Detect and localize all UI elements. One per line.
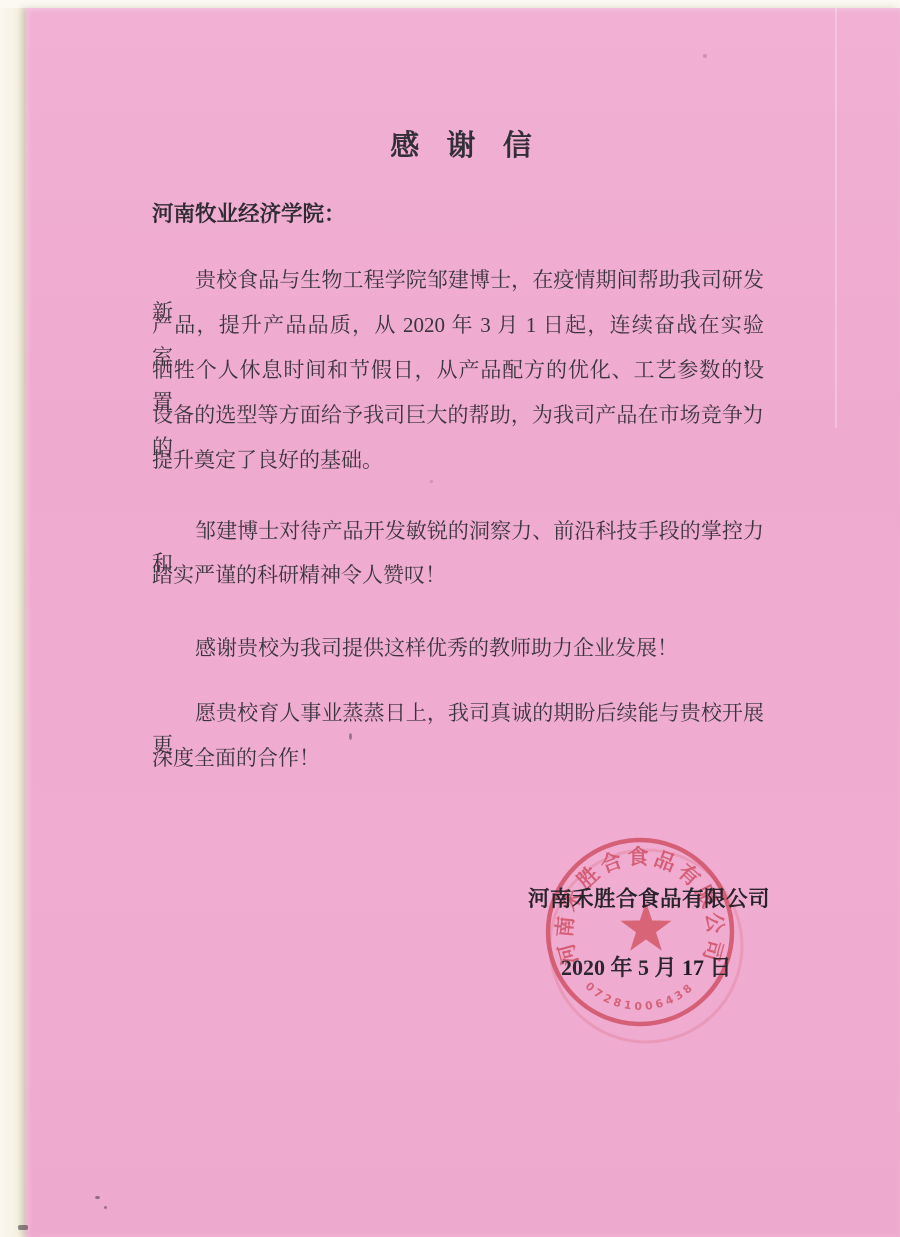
body-line: 牺牲个人休息时间和节假日，从产品配方的优化、工艺参数的设置、 (152, 354, 764, 386)
letter-addressee: 河南牧业经济学院： (152, 197, 346, 228)
body-line: 感谢贵校为我司提供这样优秀的教师助力企业发展！ (152, 632, 764, 664)
scan-top-margin (0, 0, 900, 8)
scan-left-margin (0, 0, 26, 1237)
letter-scan: 河南禾胜合食品有限公司 07281006438 感 谢 信 河南牧业经济学院： … (0, 0, 900, 1237)
date-suffix: 日 (704, 955, 732, 980)
body-line: 踏实严谨的科研精神令人赞叹！ (152, 559, 764, 591)
dust-speck (349, 733, 352, 740)
body-line: 贵校食品与生物工程学院邹建博士，在疫情期间帮助我司研发新 (152, 264, 764, 296)
body-line: 产品，提升产品品质，从 2020 年 3 月 1 日起，连续奋战在实验室， (152, 309, 764, 341)
dust-speck (703, 54, 707, 58)
dust-speck (95, 1196, 100, 1199)
date-day: 17 (682, 955, 704, 980)
letter-title: 感 谢 信 (24, 123, 900, 164)
body-line: 愿贵校育人事业蒸蒸日上，我司真诚的期盼后续能与贵校开展更 (152, 697, 764, 729)
body-line: 邹建博士对待产品开发敏锐的洞察力、前沿科技手段的掌控力和 (152, 515, 764, 547)
dust-speck (18, 1225, 28, 1230)
signature-company: 河南禾胜合食品有限公司 (528, 882, 772, 913)
scan-streak (835, 8, 837, 428)
body-line: 设备的选型等方面给予我司巨大的帮助，为我司产品在市场竞争力的 (152, 399, 764, 431)
letter-paper (26, 8, 900, 1237)
dust-speck (262, 221, 265, 224)
company-seal-stamp: 河南禾胜合食品有限公司 07281006438 (528, 820, 752, 1044)
dust-speck (104, 1206, 107, 1209)
body-line: 提升奠定了良好的基础。 (152, 444, 764, 476)
body-line: 深度全面的合作！ (152, 742, 764, 774)
dust-speck (430, 480, 433, 483)
date-prefix: 2020 年 5 月 (561, 955, 682, 980)
stamp-serial: 07281006438 (583, 980, 698, 1013)
signature-date: 2020 年 5 月 17 日 (561, 951, 732, 982)
